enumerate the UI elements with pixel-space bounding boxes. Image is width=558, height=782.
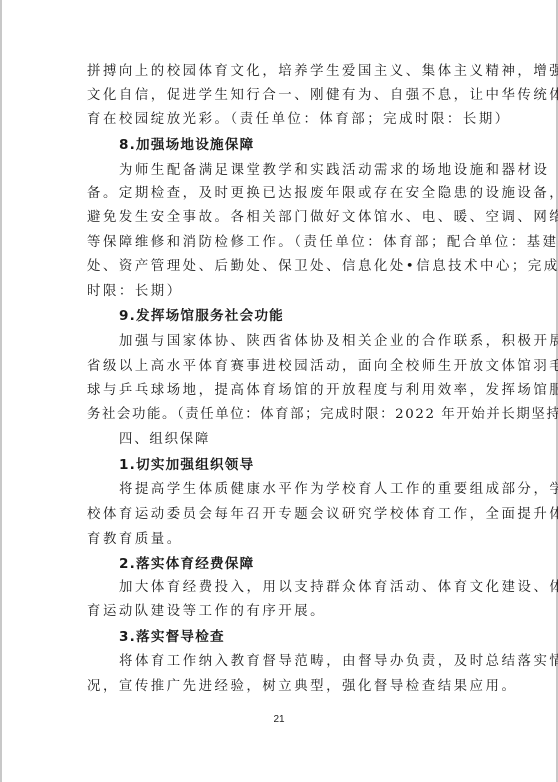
heading-funding: 2.落实体育经费保障 <box>87 552 505 576</box>
paragraph-line: 处、资产管理处、后勤处、保卫处、信息化处•信息技术中心；完成 <box>87 255 473 279</box>
paragraph-line: 务社会功能。（责任单位：体育部；完成时限：2022 年开始并长期坚持） <box>87 403 473 427</box>
paragraph-line: 加大体育经费投入，用以支持群众体育活动、体育文化建设、体 <box>87 576 505 600</box>
paragraph-line: 时限：长期） <box>87 280 473 304</box>
paragraph-line: 育教育质量。 <box>87 528 473 552</box>
paragraph-line: 育运动队建设等工作的有序开展。 <box>87 600 473 624</box>
section-heading-organization: 四、组织保障 <box>87 428 505 452</box>
paragraph-line: 况，宣传推广先进经验，树立典型，强化督导检查结果应用。 <box>87 675 473 699</box>
heading-supervision: 3.落实督导检查 <box>87 625 505 649</box>
heading-venue-social-function: 9.发挥场馆服务社会功能 <box>87 304 505 328</box>
paragraph-line: 为师生配备满足课堂教学和实践活动需求的场地设施和器材设 <box>87 159 505 183</box>
paragraph-line: 将提高学生体质健康水平作为学校育人工作的重要组成部分，学 <box>87 478 505 502</box>
paragraph-line: 等保障维修和消防检修工作。（责任单位：体育部；配合单位：基建 <box>87 231 473 255</box>
heading-leadership: 1.切实加强组织领导 <box>87 453 505 477</box>
paragraph-line: 备。定期检查，及时更换已达报废年限或存在安全隐患的设施设备， <box>87 182 473 206</box>
paragraph-line: 育在校园绽放光彩。（责任单位：体育部；完成时限：长期） <box>87 108 473 132</box>
paragraph-line: 避免发生安全事故。各相关部门做好文体馆水、电、暖、空调、网络 <box>87 206 473 230</box>
paragraph-line: 将体育工作纳入教育督导范畴，由督导办负责，及时总结落实情 <box>87 650 505 674</box>
paragraph-line: 省级以上高水平体育赛事进校园活动，面向全校师生开放文体馆羽毛 <box>87 355 473 379</box>
page-edge-left <box>0 0 2 782</box>
page-number: 21 <box>0 714 558 725</box>
heading-facility-support: 8.加强场地设施保障 <box>87 133 505 157</box>
paragraph-line: 加强与国家体协、陕西省体协及相关企业的合作联系，积极开展 <box>87 330 505 354</box>
paragraph-line: 球与乒乓球场地，提高体育场馆的开放程度与利用效率，发挥场馆服 <box>87 379 473 403</box>
paragraph-line: 校体育运动委员会每年召开专题会议研究学校体育工作，全面提升体 <box>87 503 473 527</box>
paragraph-line: 拼搏向上的校园体育文化，培养学生爱国主义、集体主义精神，增强 <box>87 60 473 84</box>
paragraph-line: 文化自信，促进学生知行合一、刚健有为、自强不息，让中华传统体 <box>87 84 473 108</box>
